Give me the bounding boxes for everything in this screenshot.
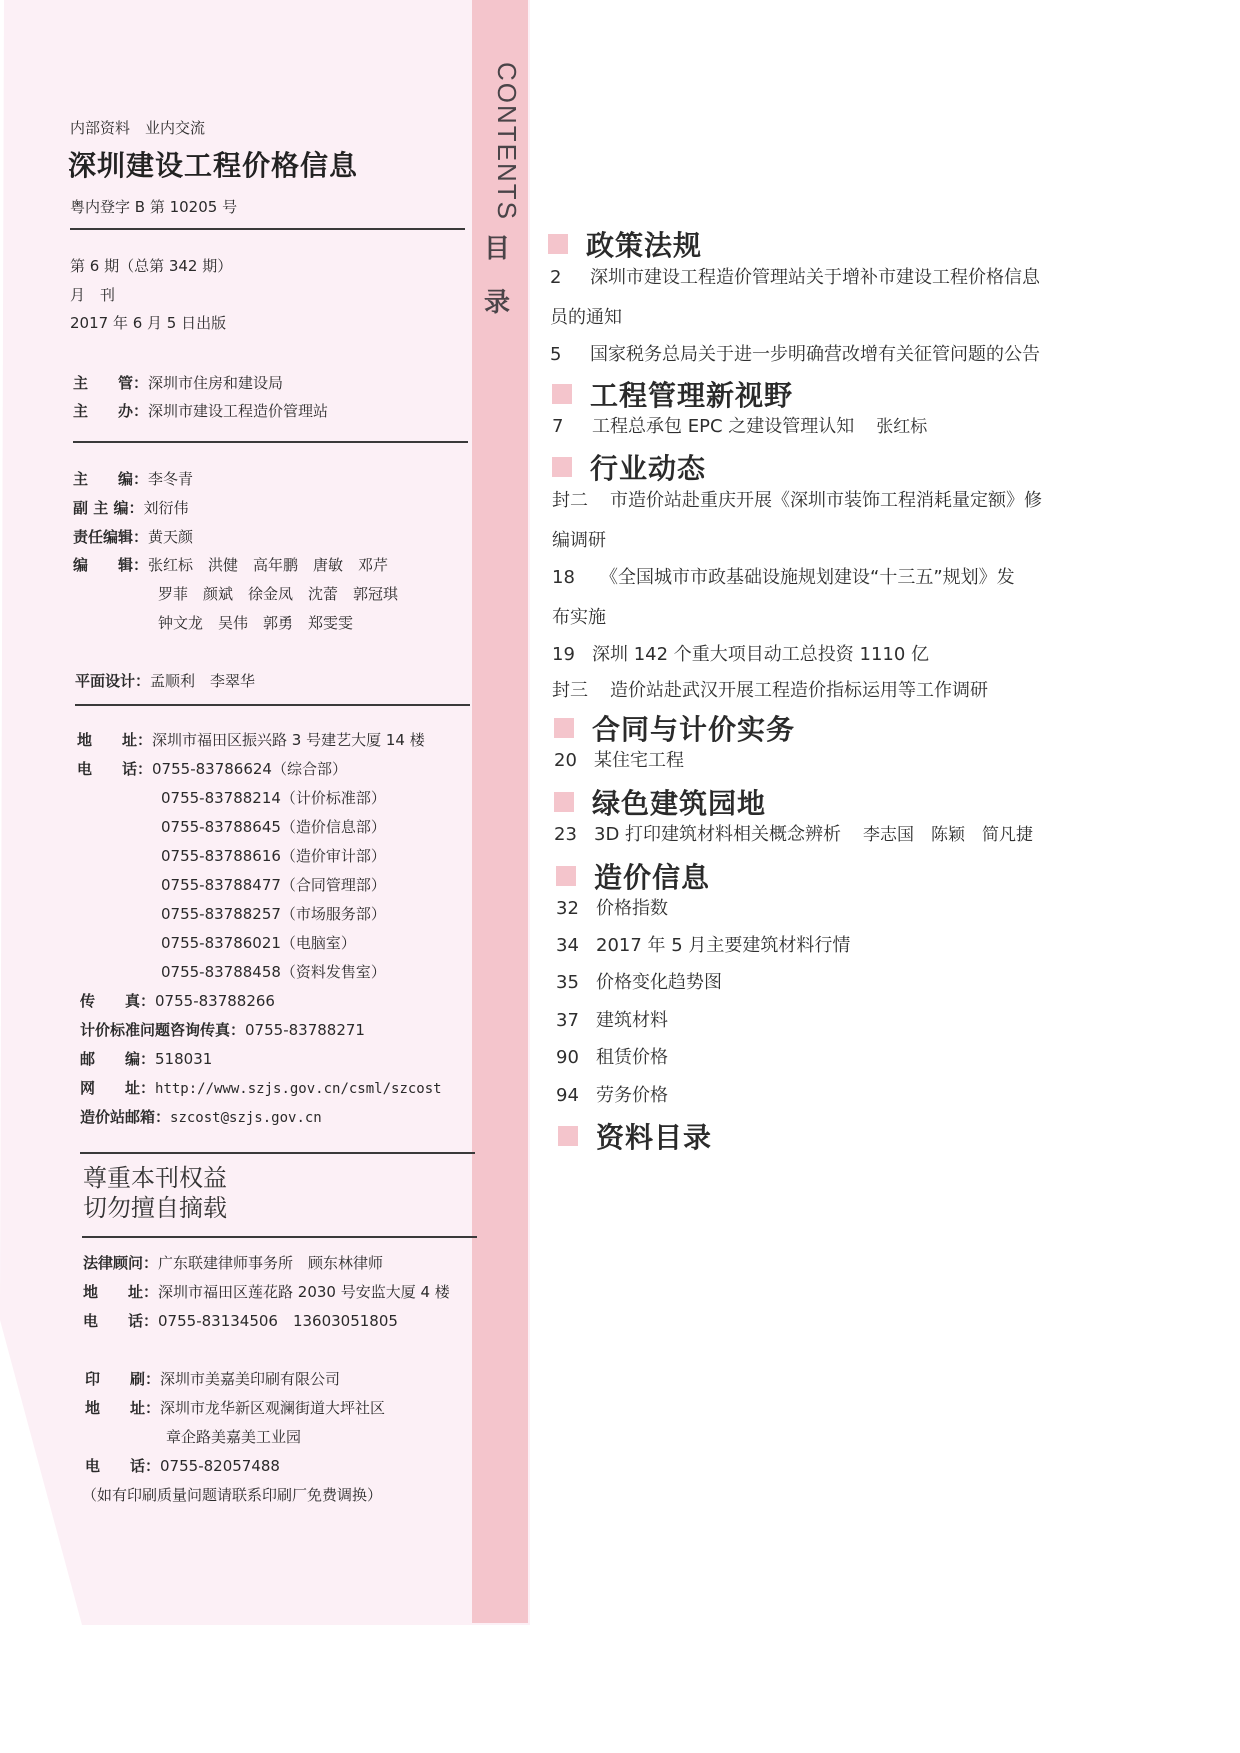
page-number: 封二 [552,486,596,512]
chief-editor-label: 主 编： [73,468,148,489]
section-marker-icon [554,792,574,812]
toc-entry[interactable]: 封二市造价站赴重庆开展《深圳市装饰工程消耗量定额》修 [552,486,1042,512]
fax-label: 传 真： [80,990,155,1011]
copyright-notice-line: 切勿擅自摘载 [83,1193,227,1223]
phone-label: 电 话： [77,758,152,779]
graphic-design-label: 平面设计： [75,670,150,691]
printer-address-row: 地 址：深圳市龙华新区观澜街道大坪社区 [85,1397,385,1418]
legal-address-value: 深圳市福田区莲花路 2030 号安监大厦 4 楼 [158,1283,450,1301]
printer-phone-value: 0755-82057488 [160,1457,280,1475]
address-value: 深圳市福田区振兴路 3 号建艺大厦 14 楼 [152,731,425,749]
section-marker-icon [556,866,576,886]
toc-section-industry-news[interactable]: 行业动态 [552,447,706,487]
legal-advisor-value: 广东联建律师事务所 顾东林律师 [158,1254,383,1272]
toc-entry[interactable]: 35价格变化趋势图 [556,968,722,994]
entry-title: 某住宅工程 [594,750,684,771]
section-title: 行业动态 [590,447,706,487]
phone-line: 0755-83786624（综合部） [152,760,347,778]
toc-section-green-building[interactable]: 绿色建筑园地 [554,782,766,822]
printer-phone-label: 电 话： [85,1455,160,1476]
page-number: 19 [552,644,578,665]
graphic-design-value: 孟顺利 李翠华 [150,672,255,690]
email-row: 造价站邮箱：szcost@szjs.gov.cn [80,1106,322,1127]
contents-cn-label-1: 目 [484,228,510,265]
entry-title: 深圳市建设工程造价管理站关于增补市建设工程价格信息 [590,267,1040,288]
divider [80,1152,475,1154]
divider [73,441,468,443]
editors-label: 编 辑： [73,554,148,575]
email-link[interactable]: szcost@szjs.gov.cn [170,1110,322,1126]
postcode-label: 邮 编： [80,1048,155,1069]
section-title: 造价信息 [594,856,710,896]
entry-author: 李志国 陈颖 简凡捷 [863,825,1033,845]
toc-entry-continuation: 布实施 [552,603,606,629]
toc-entry[interactable]: 18《全国城市市政基础设施规划建设“十三五”规划》发 [552,563,1015,589]
toc-entry[interactable]: 2深圳市建设工程造价管理站关于增补市建设工程价格信息 [550,263,1040,289]
section-title: 政策法规 [586,224,702,264]
supervisor-label: 主 管： [73,372,148,393]
divider [82,1236,477,1238]
registration-number: 粤内登字 B 第 10205 号 [70,196,237,217]
toc-entry[interactable]: 封三造价站赴武汉开展工程造价指标运用等工作调研 [552,676,988,702]
postcode-row: 邮 编：518031 [80,1048,212,1069]
legal-advisor-label: 法律顾问： [83,1252,158,1273]
legal-advisor-row: 法律顾问：广东联建律师事务所 顾东林律师 [83,1252,383,1273]
email-label: 造价站邮箱： [80,1106,170,1127]
website-label: 网 址： [80,1077,155,1098]
toc-entry[interactable]: 342017 年 5 月主要建筑材料行情 [556,931,850,957]
toc-entry[interactable]: 32价格指数 [556,894,668,920]
editors-line: 张红标 洪健 高年鹏 唐敏 邓芹 [148,556,388,574]
publish-date: 2017 年 6 月 5 日出版 [70,312,226,333]
pricing-fax-value: 0755-83788271 [245,1021,365,1039]
phone-line: 0755-83788214（计价标准部） [161,787,386,808]
entry-title: 《全国城市市政基础设施规划建设“十三五”规划》发 [600,567,1015,588]
toc-entry-continuation: 编调研 [552,526,606,552]
phone-line: 0755-83788616（造价审计部） [161,845,386,866]
tagline: 内部资料 业内交流 [70,117,205,138]
printer-address-line: 深圳市龙华新区观澜街道大坪社区 [160,1399,385,1417]
page-number: 5 [550,344,576,365]
section-title: 工程管理新视野 [590,374,793,414]
toc-entry[interactable]: 7工程总承包 EPC 之建设管理认知张红标 [552,412,927,438]
toc-entry-continuation: 员的通知 [550,303,622,329]
phone-line: 0755-83786021（电脑室） [161,932,356,953]
printer-label: 印 刷： [85,1368,160,1389]
address-row: 地 址：深圳市福田区振兴路 3 号建艺大厦 14 楼 [77,729,425,750]
divider [70,228,465,230]
page-number: 7 [552,416,578,437]
contents-en-label: CONTENTS [478,62,522,221]
toc-entry[interactable]: 5国家税务总局关于进一步明确营改增有关征管问题的公告 [550,340,1040,366]
responsible-editor-label: 责任编辑： [73,526,148,547]
toc-section-cost-information[interactable]: 造价信息 [556,856,710,896]
address-label: 地 址： [77,729,152,750]
entry-title: 造价站赴武汉开展工程造价指标运用等工作调研 [610,680,988,701]
entry-title: 价格变化趋势图 [596,972,722,993]
toc-section-materials-catalog[interactable]: 资料目录 [558,1116,712,1156]
legal-address-label: 地 址： [83,1281,158,1302]
toc-entry[interactable]: 19深圳 142 个重大项目动工总投资 1110 亿 [552,640,929,666]
page-number: 37 [556,1010,582,1031]
section-title: 绿色建筑园地 [592,782,766,822]
entry-title: 市造价站赴重庆开展《深圳市装饰工程消耗量定额》修 [610,490,1042,511]
printer-phone-row: 电 话：0755-82057488 [85,1455,280,1476]
supervisor-value: 深圳市住房和建设局 [148,374,283,392]
editors-line: 罗菲 颜斌 徐金凤 沈蕾 郭冠琪 [158,583,398,604]
supervisor-row: 主 管：深圳市住房和建设局 [73,372,283,393]
section-marker-icon [558,1126,578,1146]
page-number: 34 [556,935,582,956]
section-title: 合同与计价实务 [592,708,795,748]
legal-phone-label: 电 话： [83,1310,158,1331]
toc-entry[interactable]: 94劳务价格 [556,1081,668,1107]
phone-line: 0755-83788645（造价信息部） [161,816,386,837]
fax-row: 传 真：0755-83788266 [80,990,275,1011]
frequency: 月 刊 [70,284,115,305]
deputy-editor-label: 副 主 编： [73,497,143,518]
editors-line: 钟文龙 吴伟 郭勇 郑雯雯 [158,612,353,633]
phone-row: 电 话：0755-83786624（综合部） [77,758,347,779]
printer-address-line: 章企路美嘉美工业园 [166,1426,301,1447]
phone-line: 0755-83788477（合同管理部） [161,874,386,895]
entry-title: 3D 打印建筑材料相关概念辨析 [594,824,841,845]
chief-editor-value: 李冬青 [148,470,193,488]
toc-entry[interactable]: 233D 打印建筑材料相关概念辨析李志国 陈颖 简凡捷 [554,820,1033,846]
toc-section-engineering-management[interactable]: 工程管理新视野 [552,374,793,414]
pricing-fax-row: 计价标准问题咨询传真：0755-83788271 [80,1019,365,1040]
section-marker-icon [554,718,574,738]
page-number: 94 [556,1085,582,1106]
entry-title: 工程总承包 EPC 之建设管理认知 [592,416,854,437]
printer-row: 印 刷：深圳市美嘉美印刷有限公司 [85,1368,340,1389]
toc-section-policy[interactable]: 政策法规 [548,224,702,264]
entry-title: 2017 年 5 月主要建筑材料行情 [596,935,850,956]
entry-title: 租赁价格 [596,1047,668,1068]
responsible-editor-row: 责任编辑：黄天颜 [73,526,193,547]
page-number: 23 [554,824,580,845]
section-marker-icon [552,384,572,404]
section-marker-icon [548,234,568,254]
page-number: 20 [554,750,580,771]
legal-phone-value: 0755-83134506 13603051805 [158,1312,398,1330]
sponsor-value: 深圳市建设工程造价管理站 [148,402,328,420]
toc-entry[interactable]: 37建筑材料 [556,1006,668,1032]
graphic-design-row: 平面设计：孟顺利 李翠华 [75,670,255,691]
sponsor-row: 主 办：深圳市建设工程造价管理站 [73,400,328,421]
page-number: 2 [550,267,576,288]
toc-section-contract-pricing[interactable]: 合同与计价实务 [554,708,795,748]
entry-title: 建筑材料 [596,1010,668,1031]
copyright-notice-line: 尊重本刊权益 [83,1163,227,1193]
deputy-editor-row: 副 主 编：刘衍伟 [73,497,188,518]
entry-title: 劳务价格 [596,1085,668,1106]
publication-title: 深圳建设工程价格信息 [68,144,358,184]
deputy-editor-value: 刘衍伟 [143,499,188,517]
fax-value: 0755-83788266 [155,992,275,1010]
chief-editor-row: 主 编：李冬青 [73,468,193,489]
phone-line: 0755-83788458（资料发售室） [161,961,386,982]
entry-title: 国家税务总局关于进一步明确营改增有关征管问题的公告 [590,344,1040,365]
page-number: 32 [556,898,582,919]
printer-note: （如有印刷质量问题请联系印刷厂免费调换） [82,1484,382,1505]
postcode-value: 518031 [155,1050,212,1068]
page-number: 18 [552,567,586,588]
toc-entry[interactable]: 90租赁价格 [556,1043,668,1069]
website-link[interactable]: http://www.szjs.gov.cn/csml/szcost [155,1081,442,1097]
responsible-editor-value: 黄天颜 [148,528,193,546]
website-row: 网 址：http://www.szjs.gov.cn/csml/szcost [80,1077,442,1098]
entry-title: 深圳 142 个重大项目动工总投资 1110 亿 [592,644,929,665]
page-number: 35 [556,972,582,993]
entry-author: 张红标 [876,417,927,437]
legal-phone-row: 电 话：0755-83134506 13603051805 [83,1310,398,1331]
sponsor-label: 主 办： [73,400,148,421]
page-number: 封三 [552,676,596,702]
pricing-fax-label: 计价标准问题咨询传真： [80,1019,245,1040]
editors-row: 编 辑：张红标 洪健 高年鹏 唐敏 邓芹 [73,554,388,575]
section-marker-icon [552,457,572,477]
contents-cn-label-2: 录 [484,282,510,319]
legal-address-row: 地 址：深圳市福田区莲花路 2030 号安监大厦 4 楼 [83,1281,450,1302]
phone-line: 0755-83788257（市场服务部） [161,903,386,924]
section-title: 资料目录 [596,1116,712,1156]
toc-entry[interactable]: 20某住宅工程 [554,746,684,772]
printer-address-label: 地 址： [85,1397,160,1418]
issue-number: 第 6 期（总第 342 期） [70,255,232,276]
printer-value: 深圳市美嘉美印刷有限公司 [160,1370,340,1388]
page-number: 90 [556,1047,582,1068]
divider [75,704,470,706]
entry-title: 价格指数 [596,898,668,919]
